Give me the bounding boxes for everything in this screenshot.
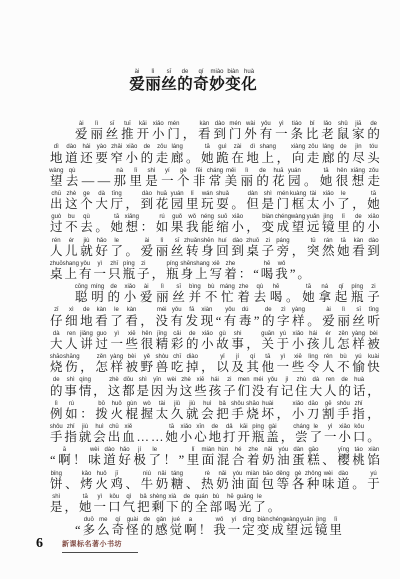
pinyin-annotation: yīn <box>153 377 161 384</box>
pinyin-annotation: de <box>259 168 266 175</box>
pinyin-annotation: hǎo <box>97 238 107 245</box>
char-cell: yóu油 <box>231 477 244 492</box>
char-cell: xiǎo小 <box>292 337 305 352</box>
hanzi-char: 花 <box>156 197 169 212</box>
char-cell: hái孩 <box>307 337 320 352</box>
text-line: shǒu手zhǐ指jiù就huì会chū出xiě血……tā她xiǎo小xīn心d… <box>50 422 380 445</box>
hanzi-char: 但 <box>246 197 259 212</box>
hanzi-char: ， <box>152 267 165 282</box>
char-cell: rén人 <box>50 244 63 259</box>
char-cell: dì地 <box>50 151 63 166</box>
char-cell: kàn看 <box>95 314 108 329</box>
char-cell: jiù就 <box>79 430 92 445</box>
hanzi-char: 都 <box>122 384 135 399</box>
text-line: shāo烧shāng伤，zěn怎yàng样bèi被yě野shòu兽chī吃dià… <box>50 352 380 375</box>
pinyin-annotation: yí <box>165 168 170 175</box>
hanzi-char: 事 <box>64 384 77 399</box>
char-cell: hē喝 <box>270 290 283 305</box>
hanzi-char: 丝 <box>352 314 365 329</box>
hanzi-char: 了 <box>253 500 266 515</box>
text-line: ài爱lì丽sī丝tuī推kāi开xiǎo小mén门，kàn看dào到mén门w… <box>50 119 380 142</box>
hanzi-char: 瓶 <box>351 290 364 305</box>
hanzi-char: 油 <box>277 453 290 468</box>
pinyin-annotation: lǐ <box>192 447 195 454</box>
pinyin-annotation: lì <box>151 69 154 76</box>
pinyin-annotation: rú <box>69 401 74 408</box>
char-cell: yàng样 <box>110 360 123 375</box>
hanzi-char: 她 <box>302 290 315 305</box>
hanzi-char: 推 <box>121 127 134 142</box>
pinyin-annotation: ge <box>83 191 90 198</box>
char-cell: ài爱 <box>322 314 335 329</box>
char-cell: biàn变 <box>262 220 275 235</box>
pinyin-annotation: hùn <box>218 447 228 454</box>
hanzi-char: 看 <box>352 244 365 259</box>
hanzi-char: 转 <box>186 244 199 259</box>
char-cell: gē割 <box>322 407 335 422</box>
pinyin-annotation: ná <box>321 284 328 291</box>
hanzi-char: 地 <box>50 151 63 166</box>
char-cell: ， <box>126 197 139 212</box>
pinyin-annotation: cōng <box>75 284 88 291</box>
hanzi-char: ， <box>183 127 196 142</box>
char-cell: tā她 <box>201 151 214 166</box>
hanzi-char: 感 <box>155 523 168 538</box>
pinyin-annotation: le <box>313 424 318 431</box>
char-cell: de的 <box>352 220 365 235</box>
hanzi-char: 。 <box>268 500 281 515</box>
char-cell: dú毒 <box>239 314 252 329</box>
pinyin-annotation: dà <box>53 331 60 338</box>
char-cell: le了 <box>110 314 123 329</box>
char-cell: fēi非 <box>193 174 206 189</box>
hanzi-char: 那 <box>113 174 126 189</box>
pinyin-annotation: rén <box>324 354 333 361</box>
char-cell: néng能 <box>201 220 214 235</box>
pinyin-annotation: yīng <box>338 447 349 454</box>
hanzi-char: 想 <box>352 174 365 189</box>
pinyin-annotation: gài <box>269 424 277 431</box>
pinyin-annotation: niú <box>143 471 151 478</box>
hanzi-char: 爱 <box>75 127 88 142</box>
hanzi-char: 热 <box>201 477 214 492</box>
hanzi-char: 突 <box>307 244 320 259</box>
pinyin-annotation: jìn <box>355 144 361 151</box>
hanzi-char: 的 <box>352 220 365 235</box>
hanzi-char: 个 <box>177 174 190 189</box>
char-cell: jiā家 <box>352 127 365 142</box>
pinyin-annotation: zhuō <box>246 238 259 245</box>
char-cell: tóu头 <box>367 151 380 166</box>
pinyin-annotation: zi <box>371 284 375 291</box>
char-cell: lì丽 <box>145 76 161 93</box>
hanzi-char: 爱 <box>129 76 145 93</box>
hanzi-char: 玩 <box>201 197 214 212</box>
pinyin-annotation: nǎi <box>158 471 166 478</box>
hanzi-char: 园 <box>288 174 301 189</box>
hanzi-char: 旁 <box>277 244 290 259</box>
pinyin-annotation: xiǎo <box>292 401 303 408</box>
hanzi-char: 记 <box>281 384 294 399</box>
hanzi-char: 看 <box>125 314 138 329</box>
pinyin-annotation: zi <box>227 377 231 384</box>
pinyin-annotation: qù <box>256 284 263 291</box>
char-cell: hěn很 <box>141 337 154 352</box>
char-cell: zhè这 <box>108 384 121 399</box>
hanzi-char: 一 <box>94 267 107 282</box>
pinyin-annotation: mén <box>277 191 289 198</box>
char-cell: cǎi彩 <box>171 337 184 352</box>
hanzi-char: 了 <box>110 244 123 259</box>
char-cell: xiǎo小 <box>201 337 214 352</box>
pinyin-annotation: yǒu <box>225 307 235 314</box>
pinyin-annotation: lǐ <box>334 517 337 524</box>
char-cell: bù不 <box>205 290 218 305</box>
pinyin-annotation: ér <box>326 331 331 338</box>
char-cell: zǒu走 <box>307 151 320 166</box>
char-cell: wǒ我 <box>186 220 199 235</box>
char-cell: le了 <box>148 453 161 468</box>
pinyin-annotation: zhī <box>110 261 118 268</box>
hanzi-char: 小 <box>201 337 214 352</box>
char-cell: chū出 <box>108 430 121 445</box>
hanzi-char: 廊 <box>171 151 184 166</box>
pinyin-annotation: zhǒng <box>305 471 321 478</box>
pinyin-annotation: guǒ <box>172 214 182 221</box>
pinyin-annotation: tā <box>371 191 376 198</box>
char-cell: ài爱 <box>140 290 153 305</box>
pinyin-annotation: xiǎo <box>124 284 135 291</box>
hanzi-char: 不 <box>65 220 78 235</box>
hanzi-char: 去 <box>254 290 267 305</box>
char-cell: yú愉 <box>352 360 365 375</box>
char-cell: de的 <box>338 384 351 399</box>
hanzi-char: 盖 <box>266 430 279 445</box>
hanzi-char: 毒 <box>239 314 252 329</box>
pinyin-annotation: qí <box>250 354 255 361</box>
pinyin-annotation: zhǎi <box>111 144 122 151</box>
pinyin-annotation: de <box>144 517 151 524</box>
hanzi-char: 大 <box>310 384 323 399</box>
pinyin-annotation: nǎi <box>218 471 226 478</box>
char-cell: — <box>82 174 95 189</box>
hanzi-char: 小 <box>124 290 137 305</box>
hanzi-char: 望 <box>50 174 63 189</box>
hanzi-char: 愉 <box>352 360 365 375</box>
hanzi-char: 着 <box>224 267 237 282</box>
hanzi-char: 些 <box>194 384 207 399</box>
char-cell: dào到 <box>231 244 244 259</box>
hanzi-char: 里 <box>337 220 350 235</box>
char-cell: zhe着 <box>224 267 237 282</box>
text-line: guò过bu不qù去。tā她xiǎng想：rú如guǒ果wǒ我néng能suō缩… <box>50 212 380 235</box>
hanzi-char: 厅 <box>110 197 123 212</box>
hanzi-char: 身 <box>201 244 214 259</box>
char-cell: hé合 <box>232 453 245 468</box>
hanzi-char: 我 <box>186 220 199 235</box>
hanzi-char: 啊 <box>58 453 71 468</box>
pinyin-annotation: duō <box>84 517 94 524</box>
hanzi-char: 极 <box>133 453 146 468</box>
hanzi-char: 门 <box>229 127 242 142</box>
pinyin-annotation: zhè <box>67 191 77 198</box>
hanzi-char: 细 <box>65 314 78 329</box>
hanzi-char: 要 <box>95 151 108 166</box>
pinyin-annotation: wàng <box>291 214 305 221</box>
pinyin-annotation: kāi <box>240 424 248 431</box>
pinyin-annotation: zi <box>141 261 145 268</box>
char-cell: ， <box>367 384 380 399</box>
char-cell: kǒu口 <box>108 500 121 515</box>
char-cell: dào道 <box>337 477 350 492</box>
hanzi-char: 割 <box>322 407 335 422</box>
hanzi-char: 们 <box>237 384 250 399</box>
pinyin-annotation: zhè <box>109 377 119 384</box>
pinyin-annotation: ā <box>63 447 66 454</box>
hanzi-char: 的 <box>256 174 269 189</box>
hanzi-char: 面 <box>202 453 215 468</box>
hanzi-char: 丽 <box>156 244 169 259</box>
char-cell: zhè这 <box>180 384 193 399</box>
pinyin-annotation: hái <box>82 144 90 151</box>
pinyin-annotation: bìng <box>189 284 201 291</box>
text-line: shì是，tā她yì一kǒu口qì气bǎ把shèng剩xià下de的quán全b… <box>50 492 380 515</box>
char-cell: tiáo条 <box>290 127 303 142</box>
char-cell: yàng样 <box>292 314 305 329</box>
pinyin-annotation: qù <box>69 168 76 175</box>
char-cell: huā花 <box>272 174 285 189</box>
char-cell: wèi为 <box>165 384 178 399</box>
char-cell: yí一 <box>228 523 241 538</box>
char-cell: ài爱 <box>75 127 88 142</box>
hanzi-char: 奇 <box>193 76 209 93</box>
hanzi-char: 一 <box>277 360 290 375</box>
pinyin-annotation: tā <box>114 214 119 221</box>
hanzi-char: 瓶 <box>123 267 136 282</box>
char-cell: rè热 <box>201 477 214 492</box>
pinyin-annotation: yí <box>232 517 237 524</box>
char-cell: guān关 <box>262 337 275 352</box>
hanzi-char: 小 <box>152 127 165 142</box>
char-cell: ” <box>179 453 185 468</box>
pinyin-annotation: suō <box>218 214 228 221</box>
char-cell: hē喝 <box>261 267 274 282</box>
pinyin-annotation: guì <box>218 144 226 151</box>
pinyin-annotation: bù <box>208 284 215 291</box>
char-cell: tīng听 <box>367 314 380 329</box>
char-cell: qù去 <box>80 220 93 235</box>
pinyin-annotation: mén <box>229 121 241 128</box>
hanzi-char: 望 <box>286 523 299 538</box>
hanzi-char: 久 <box>171 407 184 422</box>
hanzi-char: 上 <box>262 151 275 166</box>
pinyin-annotation: yú <box>280 331 286 338</box>
char-cell: xiě血 <box>122 430 135 445</box>
pinyin-annotation: yǒu <box>268 377 278 384</box>
pinyin-annotation: men <box>238 377 250 384</box>
hanzi-char: 的 <box>177 76 193 93</box>
pinyin-annotation: cǎi <box>173 331 181 338</box>
hanzi-char: 把 <box>137 500 150 515</box>
pinyin-annotation: yào <box>97 144 107 151</box>
char-cell: … <box>151 430 164 445</box>
hanzi-char: 了 <box>337 197 350 212</box>
hanzi-char: 种 <box>307 477 320 492</box>
hanzi-char: 的 <box>337 151 350 166</box>
hanzi-char: 糕 <box>307 453 320 468</box>
hanzi-char: 坏 <box>262 407 275 422</box>
char-cell: cháng尝 <box>295 430 308 445</box>
char-cell: yú于 <box>277 337 290 352</box>
char-cell: shēn身 <box>201 244 214 259</box>
pinyin-annotation: kuài <box>368 354 379 361</box>
hanzi-char: 口 <box>108 500 121 515</box>
pinyin-annotation: yàng <box>110 354 123 361</box>
char-cell: dāo刀 <box>307 407 320 422</box>
pinyin-annotation: xiǎo <box>339 424 350 431</box>
pinyin-annotation: bù <box>340 354 347 361</box>
hanzi-char: 好 <box>95 244 108 259</box>
hanzi-char: 里 <box>129 174 142 189</box>
hanzi-char: ， <box>277 407 290 422</box>
pinyin-annotation: hái <box>309 331 317 338</box>
pinyin-annotation: kàn <box>127 307 137 314</box>
pinyin-annotation: zǒu <box>369 168 379 175</box>
pinyin-annotation: miàn <box>246 471 259 478</box>
char-cell: bù部 <box>210 500 223 515</box>
hanzi-char: 地 <box>80 314 93 329</box>
pinyin-annotation: shǒu <box>231 401 244 408</box>
hanzi-char: 太 <box>156 407 169 422</box>
char-cell: diào掉 <box>186 360 199 375</box>
pinyin-annotation: shǔ <box>338 121 348 128</box>
pinyin-annotation: tài <box>310 191 316 198</box>
hanzi-char: 有 <box>266 384 279 399</box>
char-cell: quán全 <box>195 500 208 515</box>
char-cell: qíng情 <box>79 384 92 399</box>
hanzi-char: 啊 <box>184 523 197 538</box>
pinyin-annotation: lǐ <box>191 191 194 198</box>
hanzi-char: 饼 <box>50 477 63 492</box>
pinyin-annotation: huā <box>273 168 283 175</box>
hanzi-char: 能 <box>201 220 214 235</box>
pinyin-annotation: tīng <box>369 307 379 314</box>
char-cell: ài爱 <box>141 244 154 259</box>
char-cell: zǐ仔 <box>50 314 63 329</box>
hanzi-char: 手 <box>50 430 63 445</box>
hanzi-char: 于 <box>277 337 290 352</box>
hanzi-char: 条 <box>290 127 303 142</box>
pinyin-annotation: wò <box>143 401 151 408</box>
char-cell: shāo烧 <box>246 407 259 422</box>
char-cell: máng忙 <box>221 290 234 305</box>
char-cell: ！ <box>199 523 212 538</box>
char-cell: xiǎo小 <box>124 290 137 305</box>
char-cell: ， <box>246 337 259 352</box>
char-cell: yì一 <box>277 360 290 375</box>
pinyin-annotation: shì <box>52 494 60 501</box>
char-cell: dào到 <box>214 127 227 142</box>
text-line: cōng聪míng明de的xiǎo小ài爱lì丽sī丝bìng并bù不máng忙… <box>50 282 380 305</box>
hanzi-char: 为 <box>165 384 178 399</box>
pinyin-annotation: yǒu <box>172 307 182 314</box>
char-cell: dōu都 <box>122 384 135 399</box>
hanzi-char: ！ <box>199 523 212 538</box>
pinyin-annotation: sī <box>175 238 180 245</box>
hanzi-char: 一 <box>161 174 174 189</box>
pinyin-annotation: yàng <box>352 331 365 338</box>
char-cell: zhǐ指 <box>352 407 365 422</box>
hanzi-char: 。 <box>304 174 317 189</box>
char-cell: shǒu手 <box>337 407 350 422</box>
hanzi-char: 的 <box>107 290 120 305</box>
pinyin-annotation: xiǎo <box>126 144 137 151</box>
hanzi-char: 于 <box>367 477 380 492</box>
char-cell: yì一 <box>94 500 107 515</box>
hanzi-char: ” <box>179 453 185 468</box>
char-cell: 。 <box>186 151 199 166</box>
hanzi-char: 彩 <box>171 337 184 352</box>
hanzi-char: 去 <box>80 220 93 235</box>
pinyin-annotation: bǐng <box>51 471 62 478</box>
char-cell: gài盖 <box>266 430 279 445</box>
hanzi-char: ， <box>65 500 78 515</box>
pinyin-annotation: yǐ <box>220 354 224 361</box>
hanzi-char: 吃 <box>171 360 184 375</box>
char-cell: jiù就 <box>80 244 93 259</box>
pinyin-annotation: zhuǎn <box>184 238 200 245</box>
char-cell: dǎ打 <box>223 430 236 445</box>
char-cell: dào道 <box>65 151 78 166</box>
hanzi-char: 走 <box>156 151 169 166</box>
char-cell: hǎo好 <box>95 244 108 259</box>
hanzi-char: 例 <box>50 407 63 422</box>
hanzi-char: 、 <box>126 477 139 492</box>
char-cell: 、 <box>322 453 335 468</box>
pinyin-annotation: lì <box>161 284 164 291</box>
hanzi-char: 镜 <box>322 220 335 235</box>
hanzi-char: 关 <box>262 337 275 352</box>
hanzi-char: 混 <box>217 453 230 468</box>
pinyin-annotation: ài <box>144 284 149 291</box>
char-cell: shuǎ耍 <box>216 197 229 212</box>
pinyin-annotation: huí <box>218 238 226 245</box>
char-cell: chéng成 <box>271 523 284 538</box>
pinyin-annotation: kàn <box>200 121 210 128</box>
hanzi-char: 。 <box>367 430 380 445</box>
hanzi-char: 向 <box>292 151 305 166</box>
pinyin-annotation: zěn <box>97 354 107 361</box>
hanzi-char: 剩 <box>152 500 165 515</box>
hanzi-char: 子 <box>137 267 150 282</box>
char-cell: 。 <box>231 197 244 212</box>
char-cell: de的 <box>262 314 275 329</box>
hanzi-char: 、 <box>186 477 199 492</box>
hanzi-char: 丝 <box>172 290 185 305</box>
pinyin-annotation: wán <box>202 191 213 198</box>
hanzi-char: 太 <box>307 197 320 212</box>
char-cell: huì会 <box>93 430 106 445</box>
char-cell: xiǎng想 <box>126 220 139 235</box>
char-cell: huí回 <box>216 244 229 259</box>
pinyin-annotation: yǒu <box>80 261 90 268</box>
char-cell: yí一 <box>161 174 174 189</box>
hanzi-char: 一 <box>228 523 241 538</box>
hanzi-char: 奶 <box>216 477 229 492</box>
hanzi-char: ， <box>352 197 365 212</box>
hanzi-char: 丽 <box>145 76 161 93</box>
hanzi-char: “ <box>216 314 222 329</box>
